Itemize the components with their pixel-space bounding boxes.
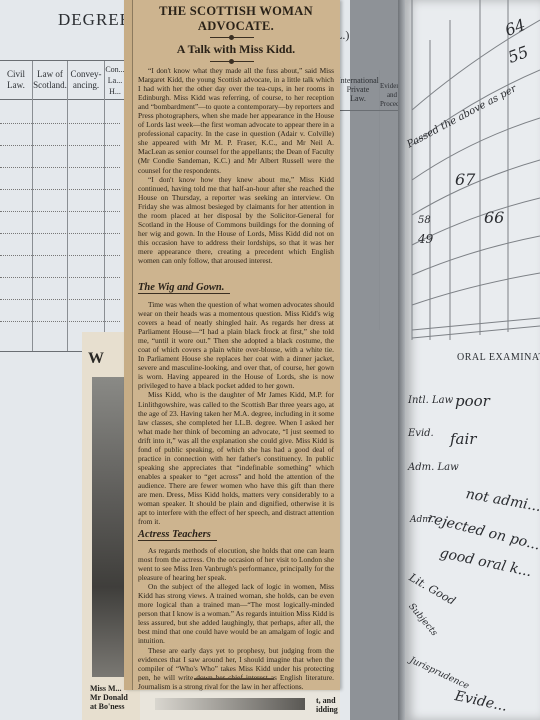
article-paragraph: Time was when the question of what women… bbox=[138, 300, 334, 390]
oral-note-subject: Intl. Law bbox=[408, 395, 453, 406]
headline-line-1: THE SCOTTISH WOMAN bbox=[134, 4, 338, 19]
clipping-section-2: As regards methods of elocution, she hol… bbox=[138, 546, 334, 691]
article-paragraph: These are early days yet to prophesy, bu… bbox=[138, 646, 334, 691]
article-paragraph: “I don't know how they knew about me,” M… bbox=[138, 175, 334, 265]
clipping-subheadline: A Talk with Miss Kidd. bbox=[134, 42, 338, 57]
oral-examination-heading: ORAL EXAMINATI bbox=[457, 352, 540, 363]
headline-line-2: ADVOCATE. bbox=[134, 19, 338, 34]
oral-note-remark: fair bbox=[450, 430, 476, 448]
section-heading-wig-and-gown: The Wig and Gown. bbox=[138, 282, 230, 294]
oral-note-subject: Evid. bbox=[408, 428, 434, 439]
section-heading-actress-teachers: Actress Teachers bbox=[138, 529, 217, 541]
handwritten-score: 66 bbox=[484, 208, 504, 227]
clipping-left-edge bbox=[124, 0, 133, 690]
end-rule bbox=[194, 678, 274, 680]
clipping-intro: “I don't know what they made all the fus… bbox=[138, 66, 334, 265]
oral-note-remark: poor bbox=[455, 392, 490, 410]
clipping-headline: THE SCOTTISH WOMAN ADVOCATE. bbox=[134, 4, 338, 34]
clipping-section-1: Time was when the question of what women… bbox=[138, 300, 334, 526]
article-paragraph: On the subject of the alleged lack of lo… bbox=[138, 582, 334, 645]
handwritten-score: 67 bbox=[455, 170, 475, 189]
article-paragraph: As regards methods of elocution, she hol… bbox=[138, 546, 334, 582]
newspaper-clipping: THE SCOTTISH WOMAN ADVOCATE. A Talk with… bbox=[124, 0, 340, 690]
oral-note-subject: Adm. Law bbox=[408, 462, 459, 473]
handwritten-score: 49 bbox=[418, 232, 433, 246]
ornament-divider bbox=[210, 61, 254, 62]
ornament-divider bbox=[210, 37, 254, 38]
article-paragraph: “I don't know what they made all the fus… bbox=[138, 66, 334, 175]
handwritten-score: 58 bbox=[418, 215, 431, 226]
article-paragraph: Miss Kidd, who is the daughter of Mr Jam… bbox=[138, 390, 334, 526]
